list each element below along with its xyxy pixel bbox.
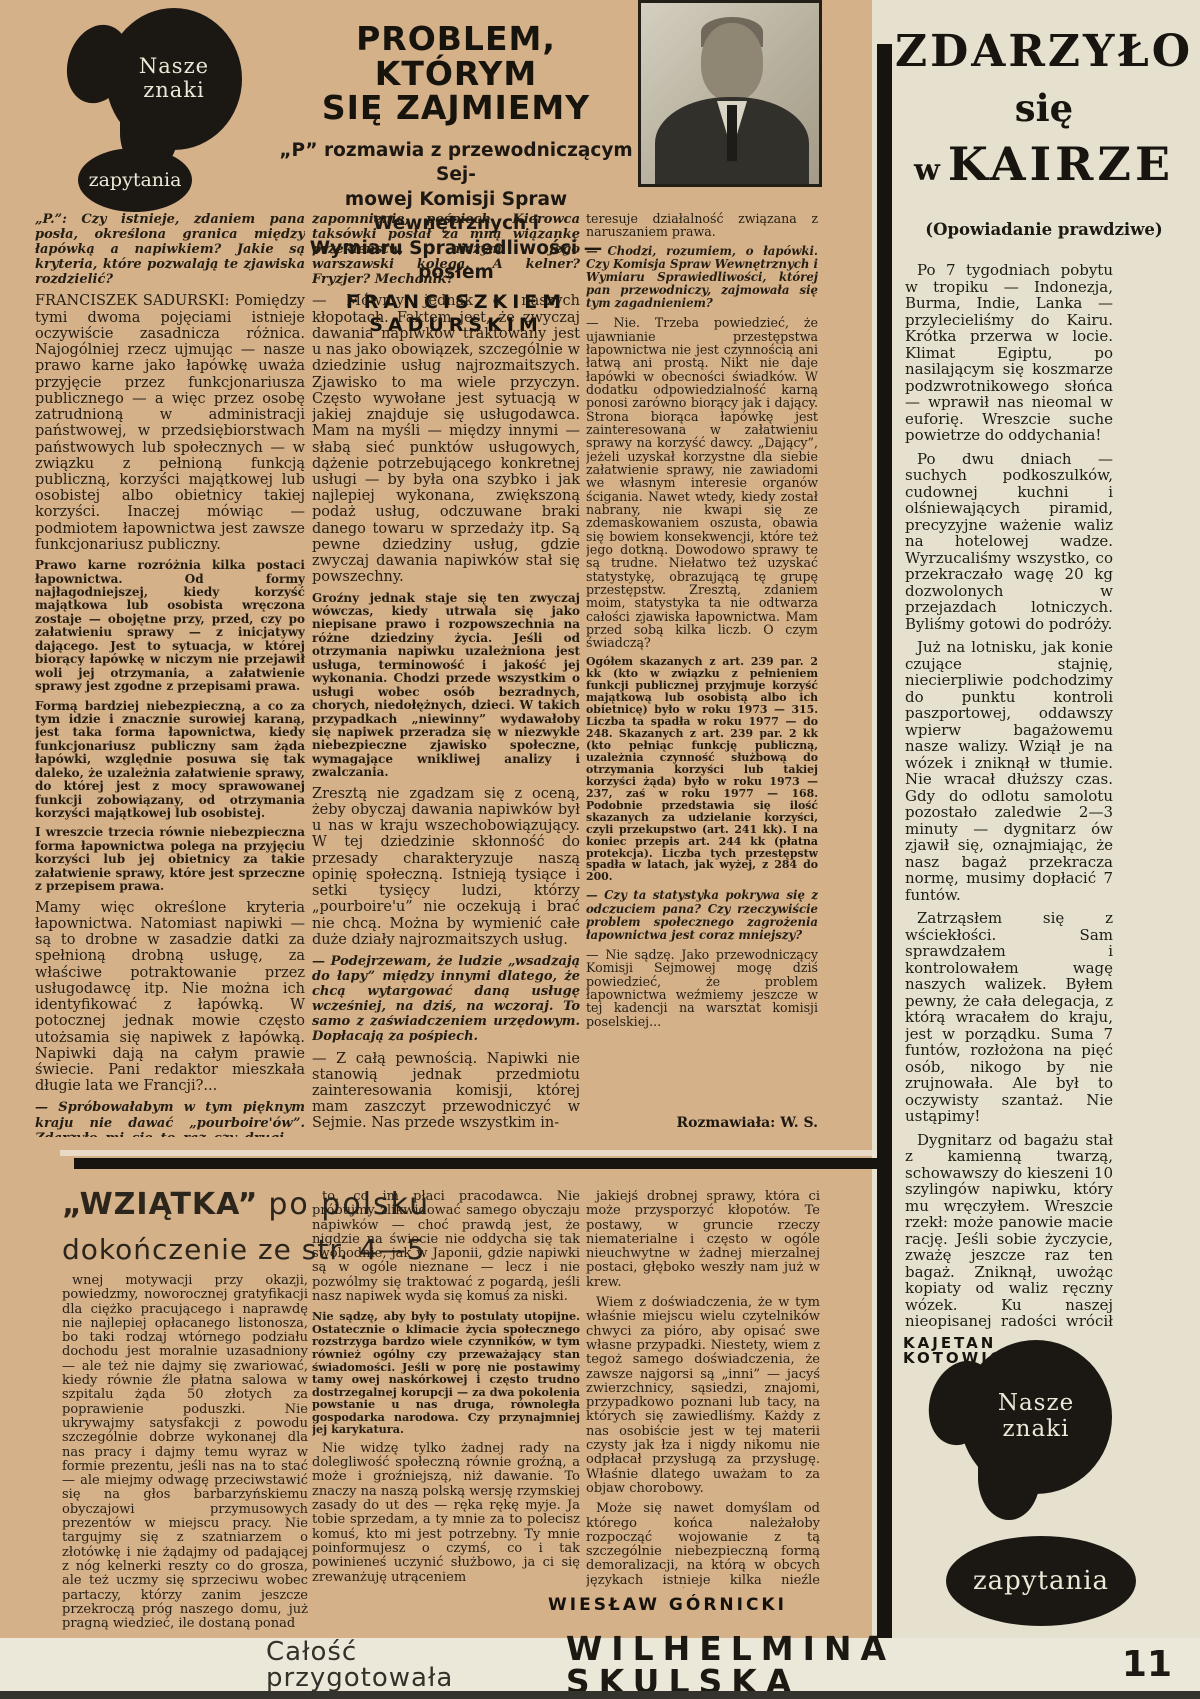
- paragraph: Nie sądzę, aby były to postulaty utopijn…: [312, 1310, 580, 1435]
- logo-caption: Nasze znaki: [106, 54, 242, 102]
- logo-caption: Nasze znaki: [960, 1390, 1112, 1443]
- paragraph: „P.”: Czy istnieje, zdaniem pana posła, …: [35, 212, 305, 287]
- newspaper-page: Nasze znaki zapytania PROBLEM, KTÓRYM SI…: [0, 0, 1200, 1699]
- paragraph: Zresztą nie zgadzam się z oceną, żeby ob…: [312, 786, 580, 948]
- paragraph: Prawo karne rozróżnia kilka postaci łapo…: [35, 559, 305, 693]
- question-mark-dot: zapytania: [946, 1536, 1136, 1626]
- paragraph: — Mówmy jednak o naszych kłopotach. Fakt…: [312, 293, 580, 585]
- page-footer: Całość przygotowała WILHELMINA SKULSKA 1…: [0, 1638, 1200, 1691]
- question-mark-tail: [978, 1436, 1040, 1520]
- portrait-photo: [638, 0, 822, 187]
- paragraph: Może się nawet domyślam od którego końca…: [586, 1502, 820, 1588]
- question-mark-dot: zapytania: [78, 148, 192, 212]
- article-title-line1: PROBLEM, KTÓRYM: [276, 22, 636, 91]
- paragraph: wnej motywacji przy okazji, powiedzmy, n…: [62, 1274, 308, 1631]
- logo-word-nasze: Nasze: [106, 54, 242, 78]
- logo-word-zapytania: zapytania: [89, 169, 182, 191]
- paragraph: Groźny jednak staje się ten zwyczaj wówc…: [312, 592, 580, 780]
- cairo-story-column: Po 7 tygodniach pobytu w tropiku — Indon…: [905, 262, 1113, 1330]
- paragraph: Formą bardziej niebezpieczną, a co za ty…: [35, 700, 305, 821]
- paragraph: Nie widzę tylko żadnej rady na dolegliwo…: [312, 1442, 580, 1585]
- paragraph: — Czy ta statystyka pokrywa się z odczuc…: [586, 889, 818, 941]
- footer-editor-name: WILHELMINA SKULSKA: [566, 1632, 1122, 1698]
- cairo-title-line1: ZDARZYŁO: [893, 30, 1195, 74]
- paragraph: Dygnitarz od bagażu stał z kamienną twar…: [905, 1132, 1113, 1331]
- paragraph: zapomnienie, pośpiech. Kierowca taksówki…: [312, 212, 580, 287]
- vertical-divider: [877, 44, 892, 1640]
- paragraph: „P” rozmawia z przewodniczącym Sej-: [276, 139, 636, 188]
- paragraph: — Nie sądzę. Jako przewodniczący Komisji…: [586, 948, 818, 1028]
- paragraph: Zatrząsłem się z wściekłości. Sam sprawd…: [905, 910, 1113, 1125]
- paragraph: — Podejrzewam, że ludzie „wsadzają do ła…: [312, 954, 580, 1044]
- interview-column-3: teresuje działalność związana z naruszan…: [586, 212, 818, 1112]
- interview-column-2: zapomnienie, pośpiech. Kierowca taksówki…: [312, 212, 580, 1140]
- wziatka-heading-bold: „WZIĄTKA”: [62, 1187, 258, 1222]
- cairo-story-title: ZDARZYŁO się wKAIRZE: [893, 30, 1195, 187]
- paragraph: Już na lotnisku, jak konie czujące stajn…: [905, 639, 1113, 903]
- interview-column-1: „P.”: Czy istnieje, zdaniem pana posła, …: [35, 212, 305, 1137]
- logo-word-znaki: znaki: [106, 78, 242, 102]
- portrait-head: [701, 23, 763, 101]
- cairo-story-subtitle: (Opowiadanie prawdziwe): [893, 222, 1195, 239]
- logo-word-zapytania: zapytania: [973, 1566, 1109, 1596]
- paragraph: jakiejś drobnej sprawy, która ci może pr…: [586, 1190, 820, 1290]
- paragraph: — Chodzi, rozumiem, o łapówki. Czy Komis…: [586, 245, 818, 310]
- paragraph: — Nie. Trzeba powiedzieć, że ujawnianie …: [586, 316, 818, 650]
- logo-word-nasze: Nasze: [960, 1390, 1112, 1416]
- wziatka-column-1: wnej motywacji przy okazji, powiedzmy, n…: [62, 1274, 308, 1660]
- cairo-title-kairze: KAIRZE: [948, 137, 1174, 191]
- wziatka-column-3: jakiejś drobnej sprawy, która ci może pr…: [586, 1190, 820, 1588]
- paragraph: I wreszcie trzecia równie niebezpieczna …: [35, 826, 305, 893]
- paragraph: Po dwu dniach — suchych podkoszulków, cu…: [905, 451, 1113, 633]
- paragraph: Mamy więc określone kryteria łapownictwa…: [35, 900, 305, 1095]
- cairo-title-w: w: [914, 153, 940, 188]
- paragraph: FRANCISZEK SADURSKI: Pomiędzy tymi dwoma…: [35, 293, 305, 553]
- horizontal-divider: [74, 1158, 877, 1169]
- question-mark-logo-bottom: Nasze znaki zapytania: [930, 1340, 1150, 1640]
- paragraph: to, co im płaci pracodawca. Nie próbujmy…: [312, 1190, 580, 1304]
- footer-credit-prefix: Całość przygotowała: [266, 1639, 540, 1691]
- wziatka-byline: WIESŁAW GÓRNICKI: [548, 1597, 828, 1614]
- cairo-title-line3: wKAIRZE: [893, 141, 1195, 187]
- paragraph: Ogółem skazanych z art. 239 par. 2 kk (k…: [586, 656, 818, 884]
- interview-byline: Rozmawiała: W. S.: [586, 1116, 818, 1130]
- paragraph: — Spróbowałabym w tym pięknym kraju nie …: [35, 1100, 305, 1137]
- paragraph: Wiem z doświadczenia, że w tym właśnie m…: [586, 1296, 820, 1496]
- horizontal-divider-highlight: [60, 1150, 877, 1156]
- logo-word-znaki: znaki: [960, 1416, 1112, 1442]
- portrait-tie: [727, 105, 737, 161]
- scan-bottom-edge: [0, 1691, 1200, 1699]
- page-number: 11: [1122, 1647, 1172, 1683]
- paragraph: Po 7 tygodniach pobytu w tropiku — Indon…: [905, 262, 1113, 444]
- paragraph: teresuje działalność związana z naruszan…: [586, 212, 818, 239]
- wziatka-column-2: to, co im płaci pracodawca. Nie próbujmy…: [312, 1190, 580, 1642]
- paragraph: — Z całą pewnością. Napiwki nie stanowią…: [312, 1051, 580, 1132]
- cairo-title-line2: się: [893, 90, 1195, 127]
- article-title-line2: SIĘ ZAJMIEMY: [276, 91, 636, 126]
- question-mark-logo: Nasze znaki zapytania: [66, 8, 256, 218]
